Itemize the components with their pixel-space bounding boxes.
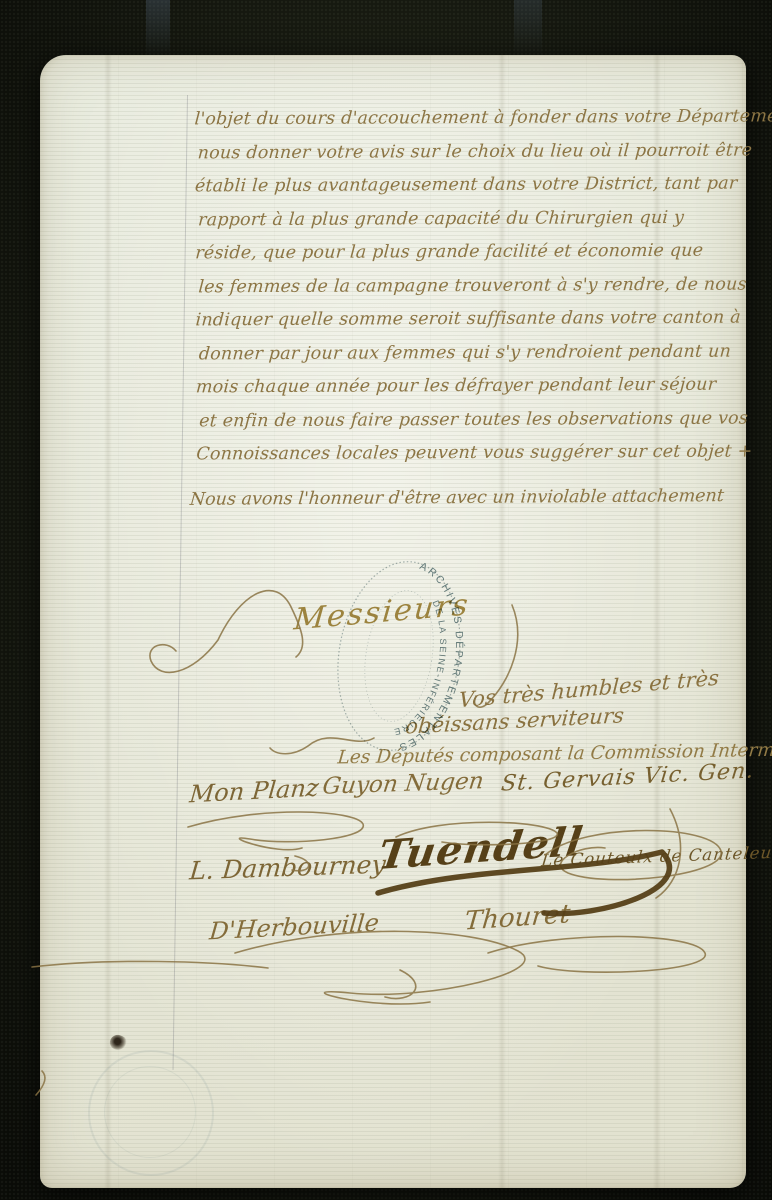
left-edge-long-stroke bbox=[32, 961, 268, 968]
manuscript-line: nous donner votre avis sur le choix du l… bbox=[196, 140, 735, 176]
manuscript-line: et enfin de nous faire passer toutes les… bbox=[198, 408, 737, 444]
faint-round-stamp bbox=[88, 1050, 214, 1176]
signature-thouret: Thouret bbox=[463, 899, 571, 936]
manuscript-sheet: l'objet du cours d'accouchement à fonder… bbox=[40, 55, 746, 1188]
manuscript-line: indiquer quelle somme seroit suffisante … bbox=[194, 308, 736, 344]
salutation-messieurs: Messieurs bbox=[292, 587, 471, 637]
edge-ink-mark bbox=[36, 1071, 45, 1095]
paraph-thouret bbox=[488, 936, 705, 972]
closing-line: Nous avons l'honneur d'être avec un invi… bbox=[189, 486, 725, 510]
backdrop-light-streak bbox=[514, 0, 542, 58]
manuscript-line: mois chaque année pour les défrayer pend… bbox=[194, 375, 736, 411]
paraph-dherbouville bbox=[235, 931, 525, 1004]
backdrop-light-streak bbox=[146, 0, 170, 60]
manuscript-line: les femmes de la campagne trouveront à s… bbox=[197, 274, 736, 310]
signature-guyon-nugen: Guyon Nugen bbox=[321, 768, 485, 800]
fold-crease bbox=[104, 55, 112, 1188]
signature-mon-planz: Mon Planz bbox=[188, 774, 320, 809]
manuscript-line: Connoissances locales peuvent vous suggé… bbox=[195, 442, 737, 478]
valediction-line-2: obéissans serviteurs bbox=[404, 703, 625, 738]
manuscript-line: donner par jour aux femmes qui s'y rendr… bbox=[197, 341, 736, 377]
signature-tuendell: Tuendell bbox=[375, 818, 586, 879]
manuscript-line: rapport à la plus grande capacité du Chi… bbox=[197, 207, 736, 243]
paper-blemish bbox=[108, 1033, 128, 1053]
manuscript-line: réside, que pour la plus grande facilité… bbox=[194, 241, 736, 277]
margin-rule-line bbox=[173, 95, 188, 1070]
letter-body: l'objet du cours d'accouchement à fonder… bbox=[194, 107, 736, 478]
photo-backdrop: l'objet du cours d'accouchement à fonder… bbox=[0, 0, 772, 1200]
messieurs-m-flourish bbox=[150, 591, 303, 673]
manuscript-line: l'objet du cours d'accouchement à fonder… bbox=[193, 107, 735, 143]
signature-dherbouville: D'Herbouville bbox=[208, 909, 380, 946]
manuscript-line: établi le plus avantageusement dans votr… bbox=[193, 174, 735, 210]
signature-dambourney: L. Dambourney bbox=[188, 850, 387, 886]
